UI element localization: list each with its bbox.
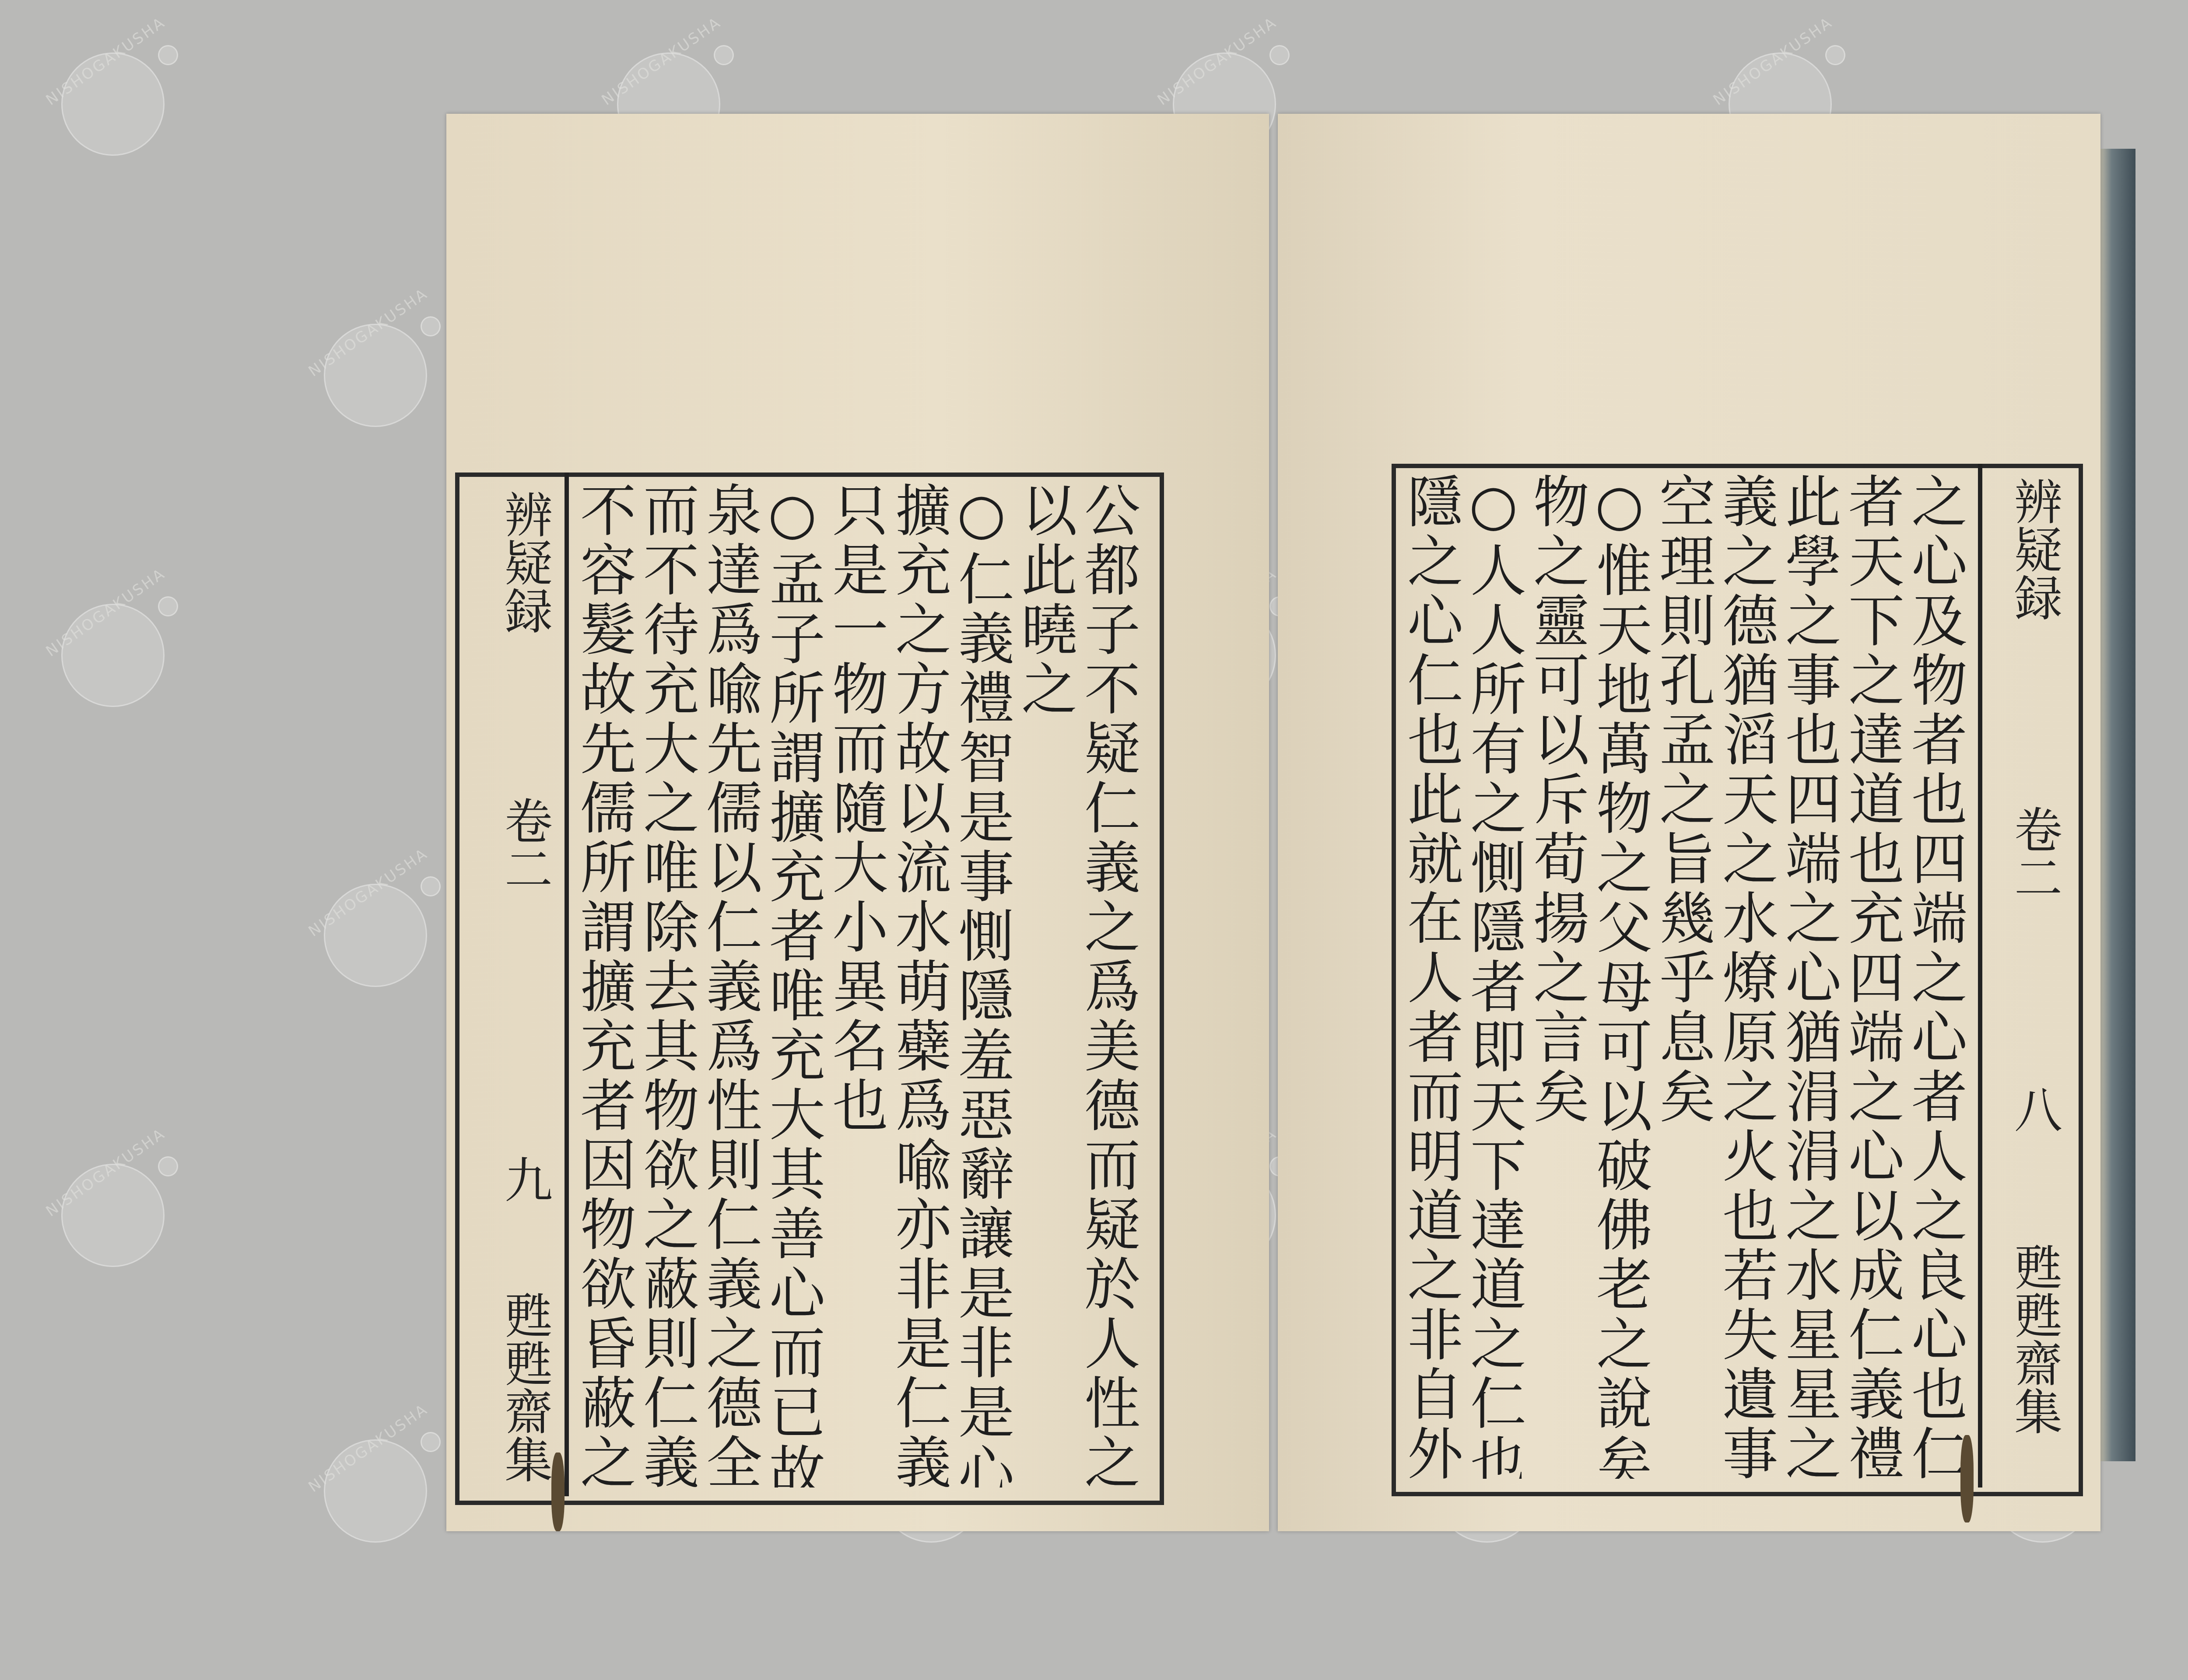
left-margin-volume: 卷二 (490, 796, 559, 892)
left-margin-publisher: 甦甦齋集 (490, 1291, 559, 1483)
binding-thread (1960, 1435, 1974, 1522)
text-column: 而不待充大之唯除去其物欲之蔽則仁義斯在間 (642, 481, 705, 1487)
text-column: 空理則孔孟之旨幾乎息矣 (1659, 472, 1722, 1479)
left-page: 辨疑録 卷二 九 甦甦齋集 公都子不疑仁義之爲美德而疑於人性之爲善故 以此曉之 … (446, 114, 1269, 1531)
left-text-columns: 公都子不疑仁義之爲美德而疑於人性之爲善故 以此曉之 ○仁義禮智是事惻隱羞惡辭讓是… (578, 481, 1147, 1487)
watermark-logo-icon (61, 52, 165, 156)
text-column: 擴充之方故以流水萌蘗爲喩亦非是仁義與四端 (894, 481, 957, 1487)
right-page: 辨疑録 卷二 八 甦甦齋集 之心及物者也四端之心者人之良心也仁義禮智 者天下之達… (1278, 114, 2100, 1531)
watermark-logo-icon (324, 324, 427, 427)
left-margin-folio: 九 (490, 1155, 559, 1203)
text-column: 此學之事也四端之心猶涓涓之水星星之火也仁 (1785, 472, 1848, 1479)
watermark-logo-icon (61, 604, 165, 707)
watermark-logo-icon (61, 1164, 165, 1267)
text-column: ○仁義禮智是事惻隱羞惡辭讓是非是心孟子言 (957, 481, 1020, 1487)
text-column: 之心及物者也四端之心者人之良心也仁義禮智 (1911, 472, 1974, 1479)
text-column: 義之德猶滔天之水燎原之火也若失遺事實而認 (1722, 472, 1785, 1479)
text-column: 隱之心仁也此就在人者而明道之非自外鑠我也 (1406, 472, 1469, 1479)
text-column: 者天下之達道也充四端之心以成仁義禮智之德 (1848, 472, 1911, 1479)
right-text-columns: 之心及物者也四端之心者人之良心也仁義禮智 者天下之達道也充四端之心以成仁義禮智之… (1405, 472, 1974, 1479)
book-spine (2096, 149, 2135, 1461)
right-margin-publisher: 甦甦齋集 (2000, 1242, 2069, 1435)
right-fold-divider (1978, 464, 1982, 1487)
open-book: 辨疑録 卷二 九 甦甦齋集 公都子不疑仁義之爲美德而疑於人性之爲善故 以此曉之 … (446, 114, 2127, 1540)
right-margin-title: 辨疑録 (2000, 477, 2069, 621)
text-column: ○惟天地萬物之父母可以破佛老之說矣惟人萬 (1595, 472, 1659, 1479)
text-column: 以此曉之 (1020, 481, 1083, 1487)
text-column: 只是一物而隨大小異名也 (831, 481, 894, 1487)
text-column: 泉達爲喩先儒以仁義爲性則仁義之德全具於已 (705, 481, 768, 1487)
text-column: ○孟子所謂擴充者唯充大其善心而已故以火然 (768, 481, 831, 1487)
binding-thread (551, 1452, 565, 1531)
left-fold-divider (565, 472, 569, 1496)
right-margin-volume: 卷二 (2000, 805, 2069, 901)
right-margin-folio: 八 (2000, 1085, 2069, 1133)
text-column: 不容髮故先儒所謂擴充者因物欲昏蔽之中纔有 (579, 481, 642, 1487)
watermark-logo-icon (324, 1439, 427, 1543)
left-margin-title: 辨疑録 (490, 490, 559, 634)
text-column: ○人人所有之惻隱者即天下達道之仁也故曰惻 (1469, 472, 1532, 1479)
text-column: 物之靈可以斥荀揚之言矣 (1532, 472, 1595, 1479)
text-column: 公都子不疑仁義之爲美德而疑於人性之爲善故 (1083, 481, 1147, 1487)
watermark-logo-icon (324, 884, 427, 987)
